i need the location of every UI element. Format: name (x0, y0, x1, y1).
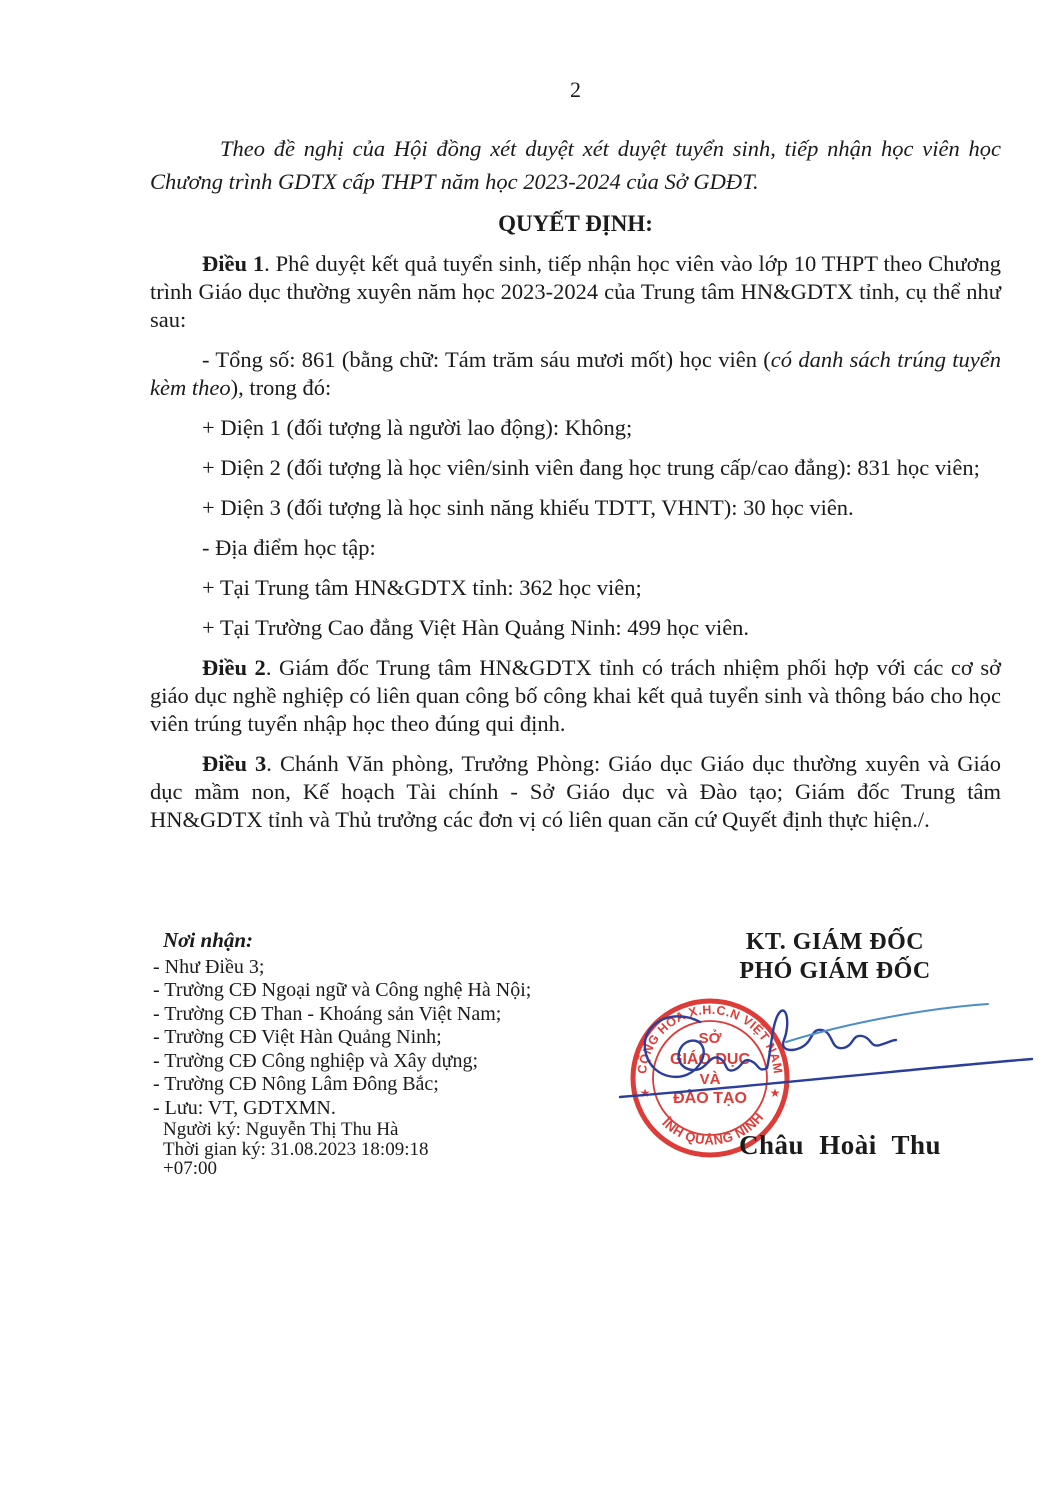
category-2-line: + Diện 2 (đối tượng là học viên/sinh viê… (150, 454, 1001, 482)
location-center-line: + Tại Trung tâm HN&GDTX tỉnh: 362 học vi… (150, 574, 1001, 602)
total-line-pre: - Tổng số: 861 (bằng chữ: Tám trăm sáu m… (202, 347, 771, 372)
signer-name: Châu Hoài Thu (640, 1130, 1040, 1161)
total-line: - Tổng số: 861 (bằng chữ: Tám trăm sáu m… (150, 346, 1001, 402)
recipient-item: - Trường CĐ Than - Khoáng sản Việt Nam; (153, 1003, 531, 1027)
digital-time-line: Thời gian ký: 31.08.2023 18:09:18 (163, 1140, 428, 1160)
total-line-post: ), trong đó: (231, 375, 332, 400)
handwritten-signature (600, 990, 1040, 1110)
decision-heading: QUYẾT ĐỊNH: (150, 210, 1001, 238)
recipient-item: - Trường CĐ Ngoại ngữ và Công nghệ Hà Nộ… (153, 979, 531, 1003)
article-3-text: . Chánh Văn phòng, Trưởng Phòng: Giáo dụ… (150, 751, 1001, 832)
article-1-lead: Điều 1 (202, 251, 264, 276)
digital-signature-info: Người ký: Nguyễn Thị Thu Hà Thời gian ký… (163, 1120, 428, 1179)
article-1: Điều 1. Phê duyệt kết quả tuyển sinh, ti… (150, 250, 1001, 334)
digital-timezone-line: +07:00 (163, 1159, 428, 1179)
signature-title-line1: KT. GIÁM ĐỐC (620, 928, 1050, 957)
document-page: 2 Theo đề nghị của Hội đồng xét duyệt xé… (0, 0, 1060, 1500)
signature-title-block: KT. GIÁM ĐỐC PHÓ GIÁM ĐỐC (620, 928, 1050, 986)
recipient-item: - Trường CĐ Công nghiệp và Xây dựng; (153, 1050, 531, 1074)
article-1-text: . Phê duyệt kết quả tuyển sinh, tiếp nhậ… (150, 251, 1001, 332)
recipient-item: - Trường CĐ Việt Hàn Quảng Ninh; (153, 1026, 531, 1050)
digital-signer-line: Người ký: Nguyễn Thị Thu Hà (163, 1120, 428, 1140)
recipient-item: - Như Điều 3; (153, 956, 531, 980)
location-heading-line: - Địa điểm học tập: (150, 534, 1001, 562)
signature-top-flourish-stroke (786, 1004, 988, 1042)
signature-title-line2: PHÓ GIÁM ĐỐC (620, 957, 1050, 986)
preamble-text: Theo đề nghị của Hội đồng xét duyệt xét … (150, 136, 1001, 194)
document-content: 2 Theo đề nghị của Hội đồng xét duyệt xé… (0, 0, 1060, 834)
recipients-list: Nơi nhận: - Như Điều 3; - Trường CĐ Ngoạ… (153, 929, 531, 1120)
recipient-item: - Lưu: VT, GDTXMN. (153, 1097, 531, 1121)
page-number: 2 (150, 78, 1001, 102)
article-3-lead: Điều 3 (202, 751, 266, 776)
category-3-line: + Diện 3 (đối tượng là học sinh năng khi… (150, 494, 1001, 522)
article-2: Điều 2. Giám đốc Trung tâm HN&GDTX tỉnh … (150, 654, 1001, 738)
recipients-title: Nơi nhận: (163, 929, 531, 953)
article-2-lead: Điều 2 (202, 655, 266, 680)
preamble-paragraph: Theo đề nghị của Hội đồng xét duyệt xét … (150, 132, 1001, 198)
category-1-line: + Diện 1 (đối tượng là người lao động): … (150, 414, 1001, 442)
location-college-line: + Tại Trường Cao đẳng Việt Hàn Quảng Nin… (150, 614, 1001, 642)
recipient-item: - Trường CĐ Nông Lâm Đông Bắc; (153, 1073, 531, 1097)
article-2-text: . Giám đốc Trung tâm HN&GDTX tỉnh có trá… (150, 655, 1001, 736)
signature-scribble-stroke (645, 1011, 896, 1077)
article-3: Điều 3. Chánh Văn phòng, Trưởng Phòng: G… (150, 750, 1001, 834)
